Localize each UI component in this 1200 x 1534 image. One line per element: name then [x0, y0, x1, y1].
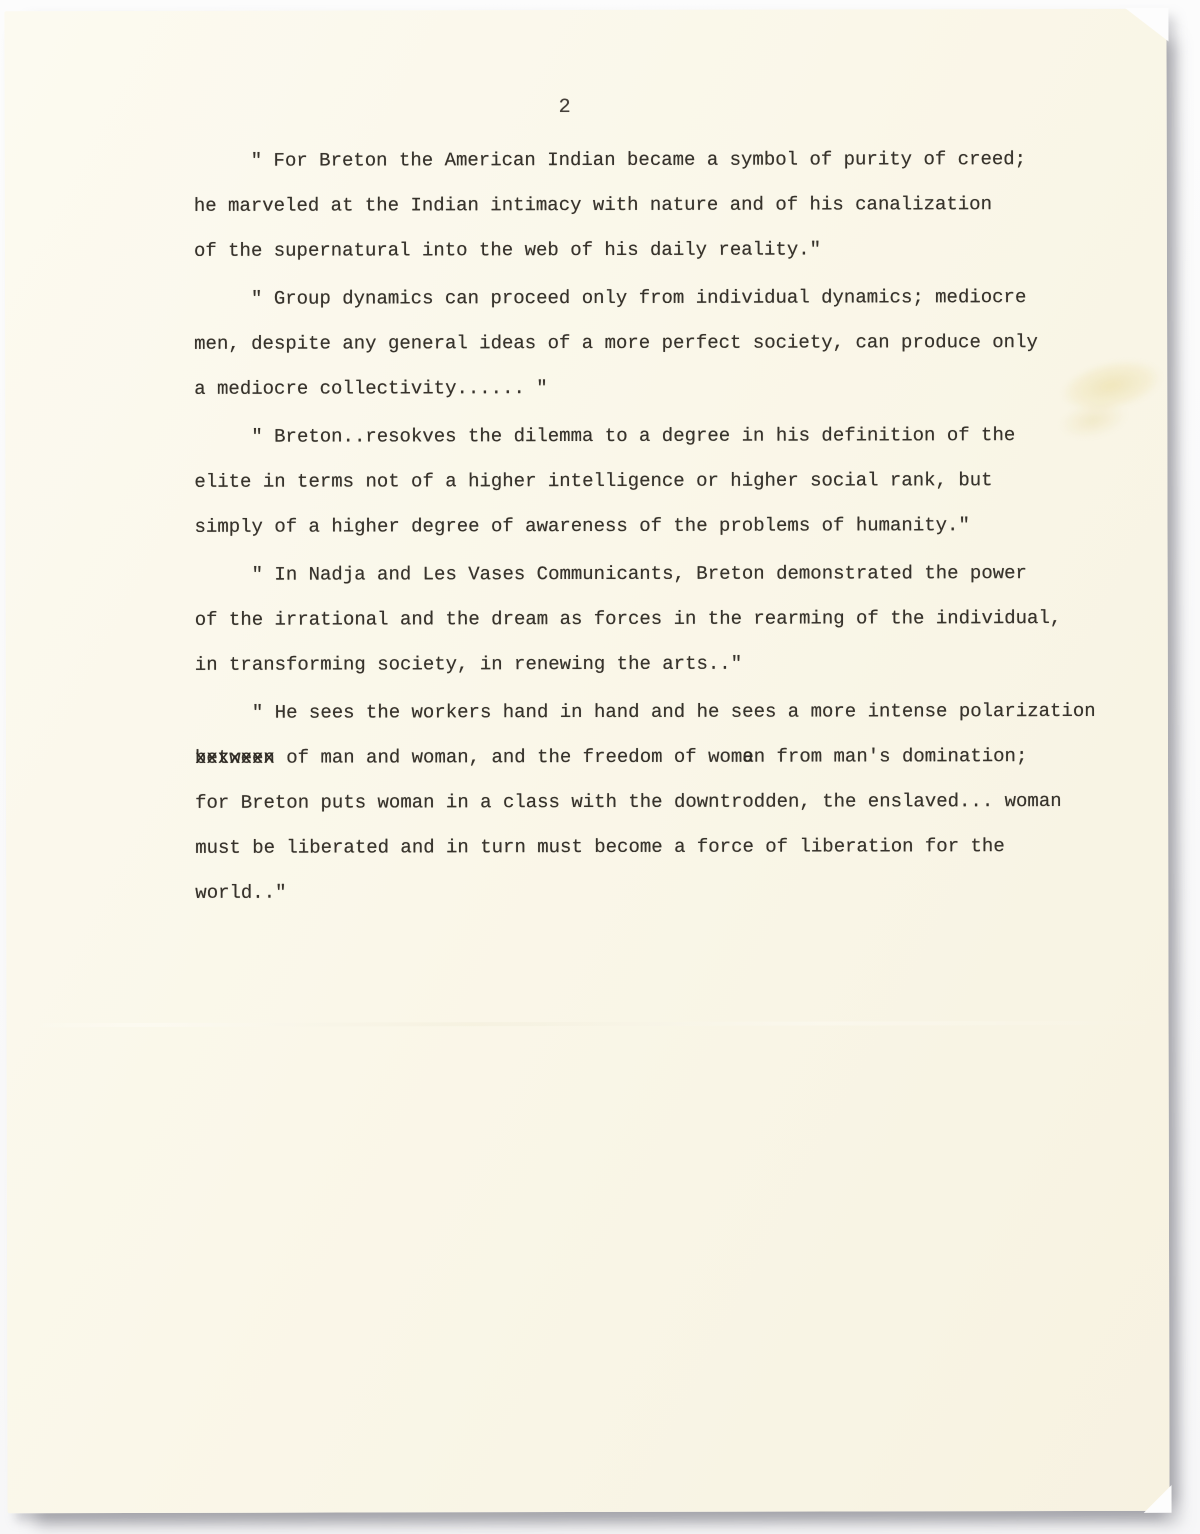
text-line: elite in terms not of a higher intellige… [194, 458, 1124, 505]
corner-cut-top-right [1124, 8, 1168, 42]
corner-cut-bottom-right [1144, 1485, 1172, 1513]
text-line-with-strikeout: betweenxxxxxxx of man and woman, and the… [195, 734, 1125, 781]
text-line: simply of a higher degree of awareness o… [194, 503, 1124, 550]
line-text-tail: n from man's domination; [754, 745, 1028, 768]
scan-background: 2 " For Breton the American Indian becam… [0, 0, 1200, 1534]
text-line: " For Breton the American Indian became … [194, 137, 1124, 184]
text-line: in transforming society, in renewing the… [195, 641, 1125, 688]
paragraph-5: " He sees the workers hand in hand and h… [195, 689, 1125, 916]
overtype-top-letter: a [742, 735, 754, 780]
text-line: " Group dynamics can proceed only from i… [194, 275, 1124, 322]
paragraph-4: " In Nadja and Les Vases Communicants, B… [195, 551, 1125, 688]
line-text-mid: of man and woman, and the freedom of wom [275, 746, 743, 769]
paragraph-3: " Breton..resokves the dilemma to a degr… [194, 413, 1124, 550]
paragraph-1: " For Breton the American Indian became … [194, 137, 1124, 274]
text-line: he marveled at the Indian intimacy with … [194, 182, 1124, 229]
paragraph-2: " Group dynamics can proceed only from i… [194, 275, 1124, 412]
document-page: 2 " For Breton the American Indian becam… [4, 9, 1169, 1513]
text-line: " In Nadja and Les Vases Communicants, B… [195, 551, 1125, 598]
text-line: of the supernatural into the web of his … [194, 227, 1124, 274]
text-line: for Breton puts woman in a class with th… [195, 779, 1125, 826]
document-text: " For Breton the American Indian became … [194, 137, 1126, 916]
overtyped-letter: ea [742, 735, 754, 780]
text-line: " He sees the workers hand in hand and h… [195, 689, 1125, 736]
overstrike-x-marks: xxxxxxx [195, 736, 275, 781]
text-line: men, despite any general ideas of a more… [194, 320, 1124, 367]
crease-line [7, 1021, 1169, 1027]
text-line: a mediocre collectivity...... " [194, 365, 1124, 412]
text-line: " Breton..resokves the dilemma to a degr… [194, 413, 1124, 460]
text-line: must be liberated and in turn must becom… [195, 824, 1125, 871]
text-line: world.." [195, 869, 1125, 916]
strikeout-word: betweenxxxxxxx [195, 736, 275, 781]
text-line: of the irrational and the dream as force… [195, 596, 1125, 643]
page-number: 2 [559, 96, 572, 119]
